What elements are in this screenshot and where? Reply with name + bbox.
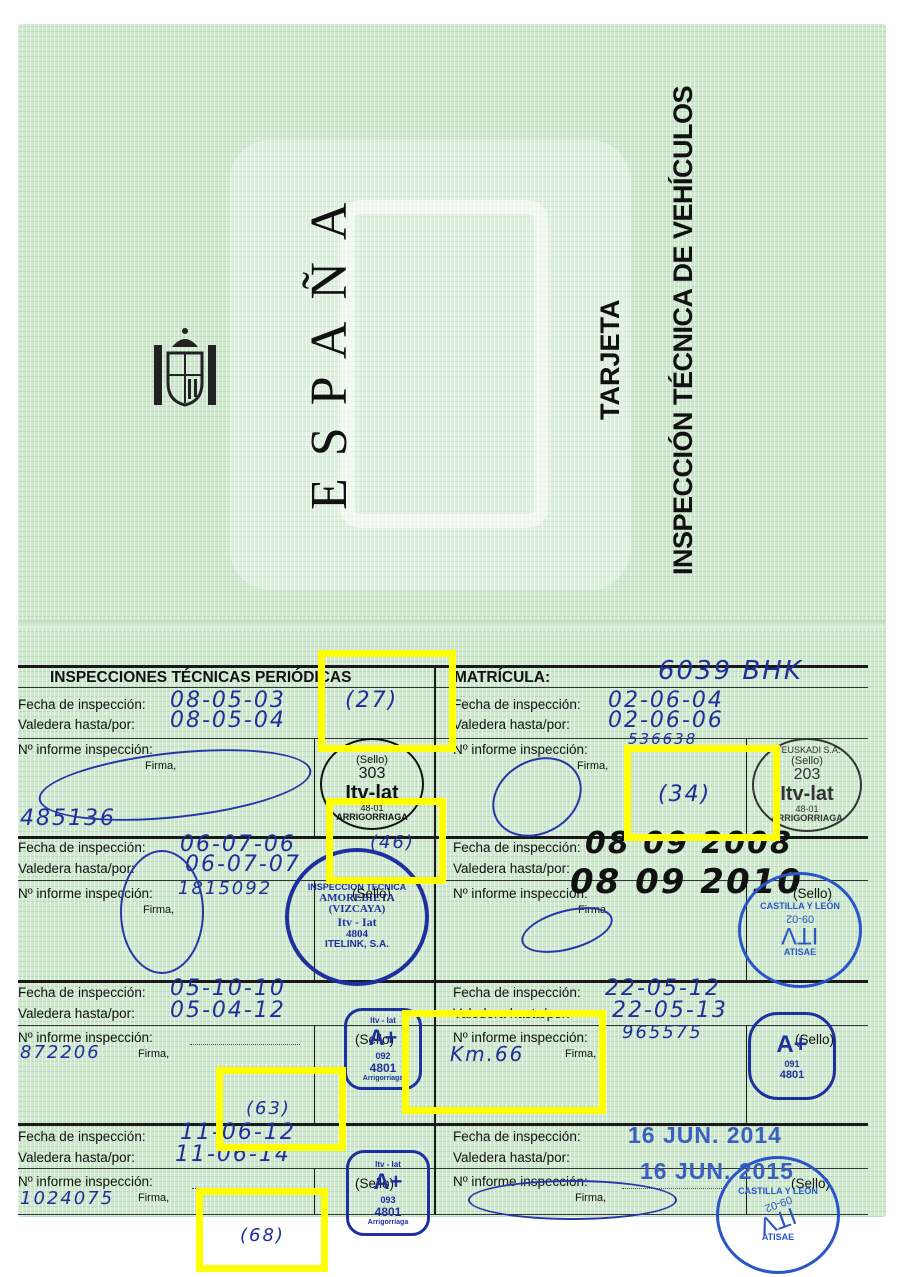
valid-until-label: Valedera hasta/por: [453, 717, 570, 732]
report-label: Nº informe inspección: [18, 742, 153, 757]
signature-label: Firma, [577, 760, 608, 772]
date-label: Fecha de inspección: [18, 697, 146, 712]
report-label: Nº informe inspección: [18, 1174, 153, 1189]
seal-stamp: Itv - Iat A+ 093 4801 Arrigorriaga [346, 1150, 430, 1236]
highlight-box [196, 1188, 328, 1272]
seal-stamp: CASTILLA Y LEÓN 09-02 ITV ATISAE [716, 1156, 840, 1274]
watermark-emblem [230, 140, 630, 590]
report-value: 965575 [622, 1022, 703, 1043]
date-label: Fecha de inspección: [453, 985, 581, 1000]
seal-stamp: A+ 091 4801 [748, 1012, 836, 1100]
report-value: 872206 [20, 1042, 101, 1063]
valid-until-value: 22-05-13 [612, 998, 728, 1023]
date-label: Fecha de inspección: [18, 840, 146, 855]
highlight-box [326, 798, 446, 884]
report-label: Nº informe inspección: [453, 886, 588, 901]
valid-until-value: 08-05-04 [170, 708, 286, 733]
valid-until-label: Valedera hasta/por: [18, 1006, 135, 1021]
highlight-box [624, 745, 780, 841]
valid-until-label: Valedera hasta/por: [18, 861, 135, 876]
signature-label: Firma, [138, 1192, 169, 1204]
highlight-box [318, 650, 456, 752]
seal-stamp: CASTILLA Y LEÓN 09-02 ITV ATISAE [738, 872, 862, 988]
date-label: Fecha de inspección: [18, 1129, 146, 1144]
card-cover: ESPAÑA TARJETA INSPECCIÓN TÉCNICA DE VEH… [0, 0, 868, 600]
card-fold [18, 620, 886, 628]
country-title: ESPAÑA [300, 181, 359, 511]
highlight-box [402, 1010, 606, 1114]
date-label: Fecha de inspección: [453, 697, 581, 712]
valid-until-value: 05-04-12 [170, 998, 286, 1023]
plate-label: MATRÍCULA: [454, 669, 550, 687]
valid-until-label: Valedera hasta/por: [453, 1150, 570, 1165]
date-value: 16 JUN. 2014 [628, 1122, 782, 1149]
date-label: Fecha de inspección: [453, 1129, 581, 1144]
card-title: TARJETA [595, 300, 626, 421]
report-dotted-line [190, 1044, 300, 1045]
report-label: Nº informe inspección: [453, 742, 588, 757]
valid-until-label: Valedera hasta/por: [18, 1150, 135, 1165]
valid-until-value: 06-07-07 [185, 852, 301, 877]
highlight-box [216, 1067, 346, 1151]
report-value: 1024075 [20, 1188, 114, 1209]
valid-until-label: Valedera hasta/por: [18, 717, 135, 732]
divider [18, 980, 868, 983]
seal-divider [746, 1025, 747, 1125]
signature-label: Firma, [138, 1048, 169, 1060]
valid-until-label: Valedera hasta/por: [453, 861, 570, 876]
coat-of-arms-icon [150, 325, 220, 415]
date-label: Fecha de inspección: [18, 985, 146, 1000]
plate-value: 6039 BHK [658, 656, 803, 686]
section-header: INSPECCIONES TÉCNICAS PERIÓDICAS [50, 669, 351, 687]
seal-label: (Sello) [352, 886, 391, 901]
signature-scribble [468, 1180, 677, 1220]
date-label: Fecha de inspección: [453, 840, 581, 855]
seal-divider [314, 738, 315, 838]
card-subtitle: INSPECCIÓN TÉCNICA DE VEHÍCULOS [668, 86, 699, 575]
signature-scribble [120, 850, 204, 974]
